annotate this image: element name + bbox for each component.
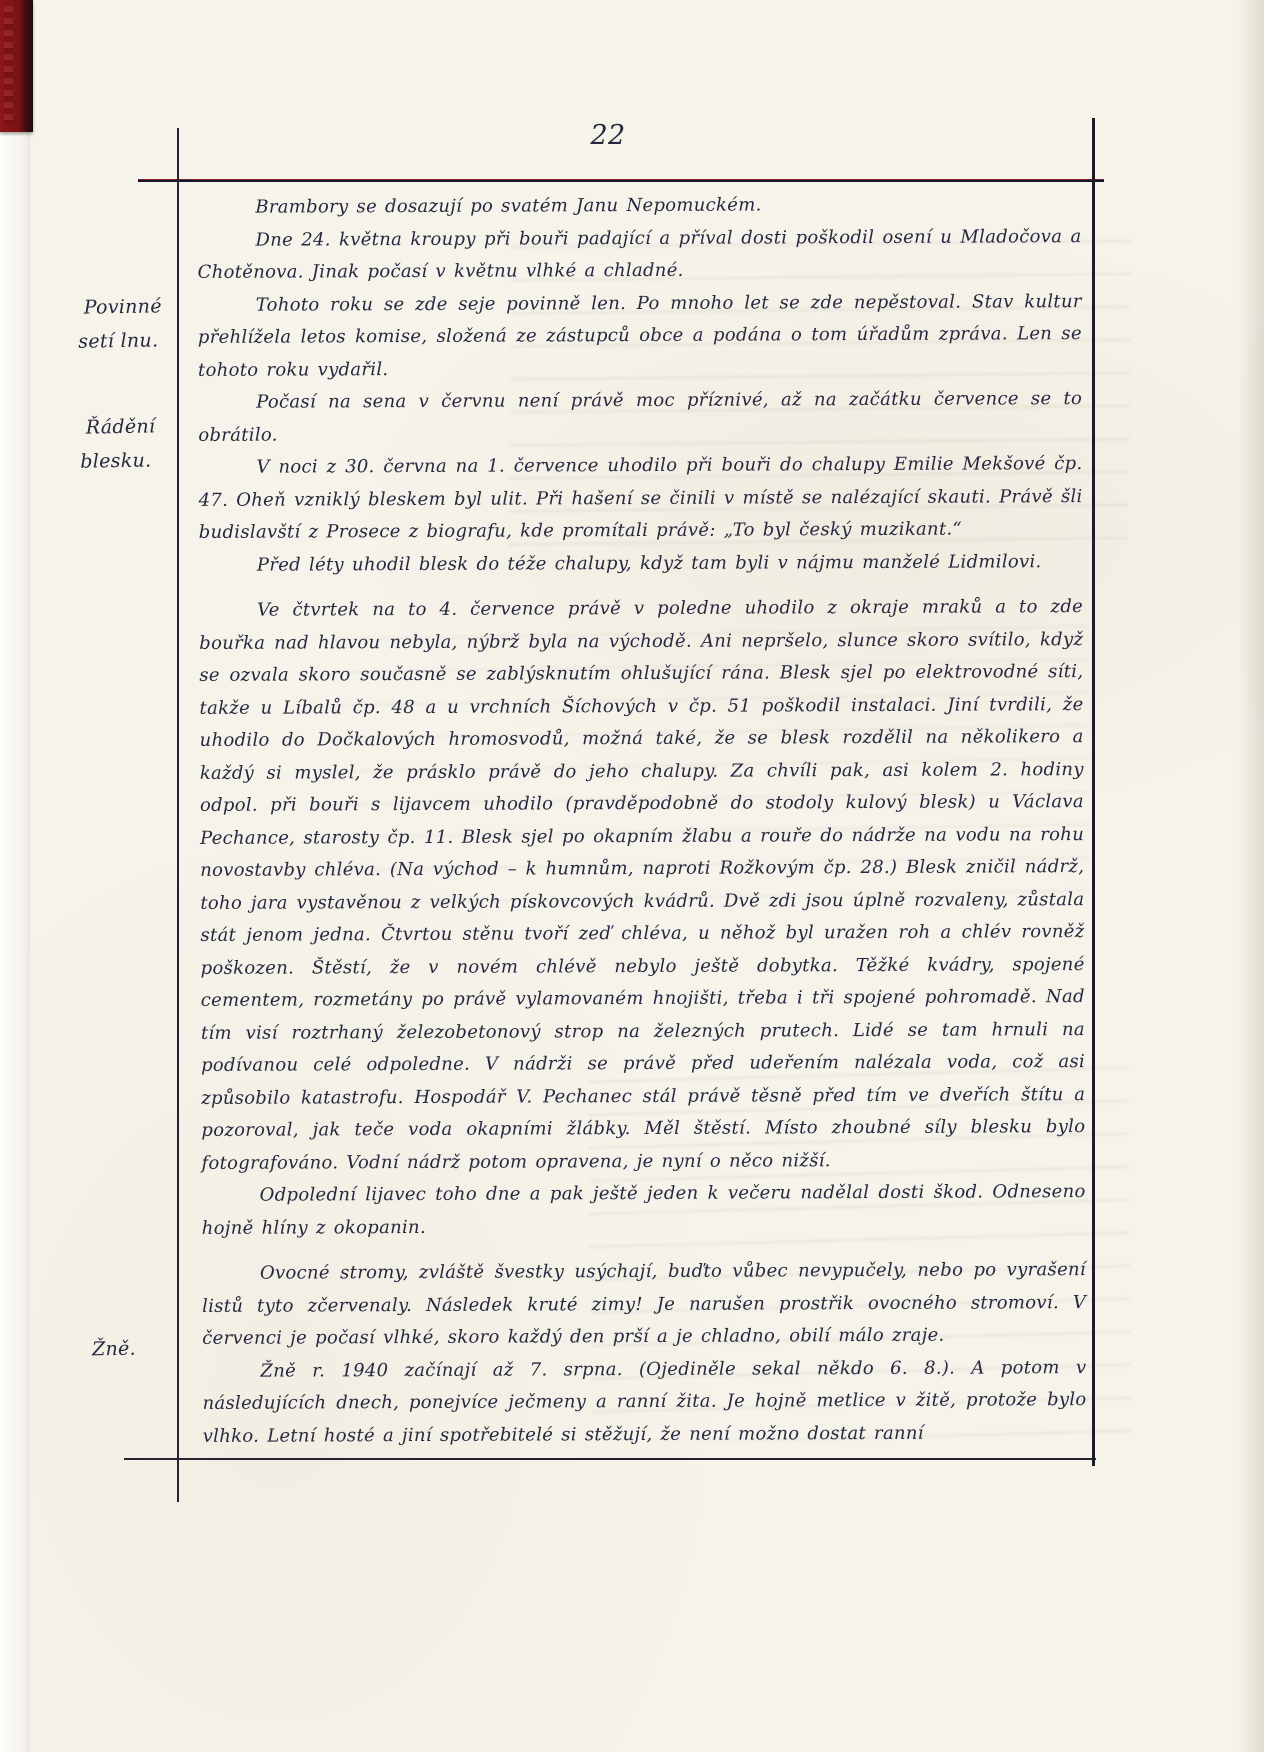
- handwritten-paragraph: Brambory se dosazují po svatém Janu Nepo…: [197, 188, 1081, 224]
- margin-note-line: Řádění: [85, 409, 155, 444]
- book-binding-corner: [0, 0, 33, 132]
- handwritten-paragraph: V noci z 30. června na 1. července uhodi…: [198, 448, 1082, 549]
- handwritten-paragraph: Odpolední lijavec toho dne a pak ještě j…: [202, 1176, 1086, 1245]
- margin-note-line: blesku.: [80, 443, 156, 478]
- handwritten-paragraph: Tohoto roku se zde seje povinně len. Po …: [198, 286, 1082, 387]
- handwritten-paragraph: Před léty uhodil blesk do téže chalupy, …: [199, 546, 1083, 582]
- right-margin-line: [1092, 118, 1095, 1466]
- margin-note-flax: Povinné setí lnu.: [83, 289, 162, 358]
- handwritten-paragraph: Ovocné stromy, zvláště švestky usýchají,…: [202, 1254, 1086, 1355]
- margin-note-line: setí lnu.: [78, 323, 163, 358]
- margin-note-lightning: Řádění blesku.: [85, 409, 156, 478]
- top-ruled-line: [138, 179, 1104, 182]
- page-number: 22: [578, 120, 638, 151]
- margin-note-line: Žně.: [92, 1332, 137, 1367]
- left-margin-line: [177, 128, 179, 1502]
- handwritten-text-column: Brambory se dosazují po svatém Janu Nepo…: [197, 188, 1086, 1453]
- handwritten-paragraph: Počasí na sena v červnu není právě moc p…: [198, 383, 1082, 452]
- handwritten-paragraph: Dne 24. května kroupy při bouři padající…: [197, 221, 1081, 290]
- bottom-ruled-line: [124, 1458, 1096, 1460]
- handwritten-paragraph: Ve čtvrtek na to 4. července právě v pol…: [199, 591, 1086, 1180]
- scan-edge-strip: [0, 0, 34, 1752]
- margin-note-harvest: Žně.: [92, 1332, 137, 1367]
- handwritten-paragraph: Žně r. 1940 začínají až 7. srpna. (Ojedi…: [202, 1352, 1086, 1453]
- margin-note-line: Povinné: [83, 289, 162, 324]
